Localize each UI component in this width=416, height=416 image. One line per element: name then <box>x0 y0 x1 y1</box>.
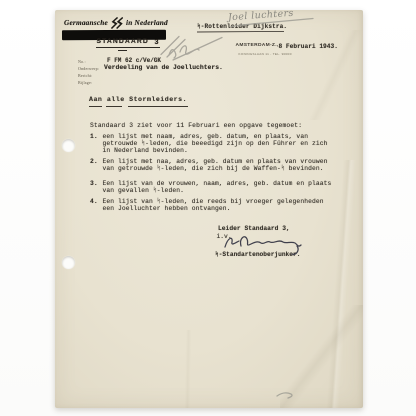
ref-note-label: Bericht: <box>78 73 93 78</box>
pencil-annotation: Joel luchters <box>228 8 294 22</box>
list-item-1: 1. een lijst met naam, adres, geb. datum… <box>90 133 335 154</box>
list-item-number: 3. <box>90 180 103 194</box>
paper-crease <box>280 305 363 408</box>
pencil-scribble <box>169 46 199 58</box>
letterhead-org: Germaansche in Nederland <box>64 17 168 29</box>
list-item-text: Een lijst van de vrouwen, naam, adres, g… <box>103 180 336 194</box>
letterhead-org-prefix: Germaansche <box>64 19 108 26</box>
list-item-number: 1. <box>90 133 103 154</box>
pencil-stroke-long <box>173 38 222 61</box>
list-item-2: 2. Een lijst met naa, adres, geb. datum … <box>90 158 335 172</box>
ref-subject-value: Verdeeling van de Joelluchters. <box>104 64 223 71</box>
standaard-stamp-number: 3 <box>155 38 159 47</box>
ref-subject-label: Onderwerp: <box>78 66 99 71</box>
standaard-stamp-word: STANDAARD <box>97 38 149 46</box>
ss-runes-icon <box>111 17 123 29</box>
typed-date: 8 Februari 1943. <box>279 43 338 50</box>
closing-rank: ᛋ-Standartenoberjunker. <box>215 251 300 258</box>
pencil-slash <box>167 40 185 58</box>
list-item-number: 4. <box>90 198 103 212</box>
stamp-dash <box>118 50 127 51</box>
paper-crease <box>175 330 201 408</box>
closing-line: Leider Standaard 3, <box>218 225 290 232</box>
intro-line: Standaard 3 ziet voor 11 Februari een op… <box>90 122 302 129</box>
pencil-mark-bottom <box>277 393 292 398</box>
list-item-3: 3. Een lijst van de vrouwen, naam, adres… <box>90 180 335 194</box>
list-item-text: Een lijst van ᛋ-leden, die reeds bij vro… <box>103 198 336 212</box>
typed-recipient: ᛋ-Rottenleider Dijkstra. <box>197 23 287 30</box>
ref-encl-label: Bijlage: <box>78 80 92 85</box>
salutation-underline <box>106 106 122 107</box>
ref-no-label: No.: <box>78 59 86 64</box>
address-print: KONINGSLAAN 11 - TEL. 90000 <box>239 52 292 56</box>
punch-hole-top <box>62 139 75 152</box>
list-item-text: een lijst met naam, adres, geb. datum, e… <box>103 133 336 154</box>
closing-iv: i.v. <box>217 233 232 240</box>
typed-underline <box>197 31 284 32</box>
letterhead-org-suffix: in Nederland <box>126 19 168 26</box>
list-item-number: 2. <box>90 158 103 172</box>
photo-backdrop: Germaansche in Nederland STANDAARD 3 Joe… <box>0 0 416 416</box>
document-page: Germaansche in Nederland STANDAARD 3 Joe… <box>55 10 363 408</box>
punch-hole-bottom <box>62 256 75 269</box>
list-item-text: Een lijst met naa, adres, geb. datum en … <box>103 158 336 172</box>
list-item-4: 4. Een lijst van ᛋ-leden, die reeds bij … <box>90 198 335 212</box>
salutation-underline <box>128 106 188 107</box>
salutation: Aan alle Stormleiders. <box>89 96 187 103</box>
stamp-underline <box>96 47 160 48</box>
city-print: AMSTERDAM-Z., <box>236 44 279 49</box>
salutation-underline <box>89 106 102 107</box>
